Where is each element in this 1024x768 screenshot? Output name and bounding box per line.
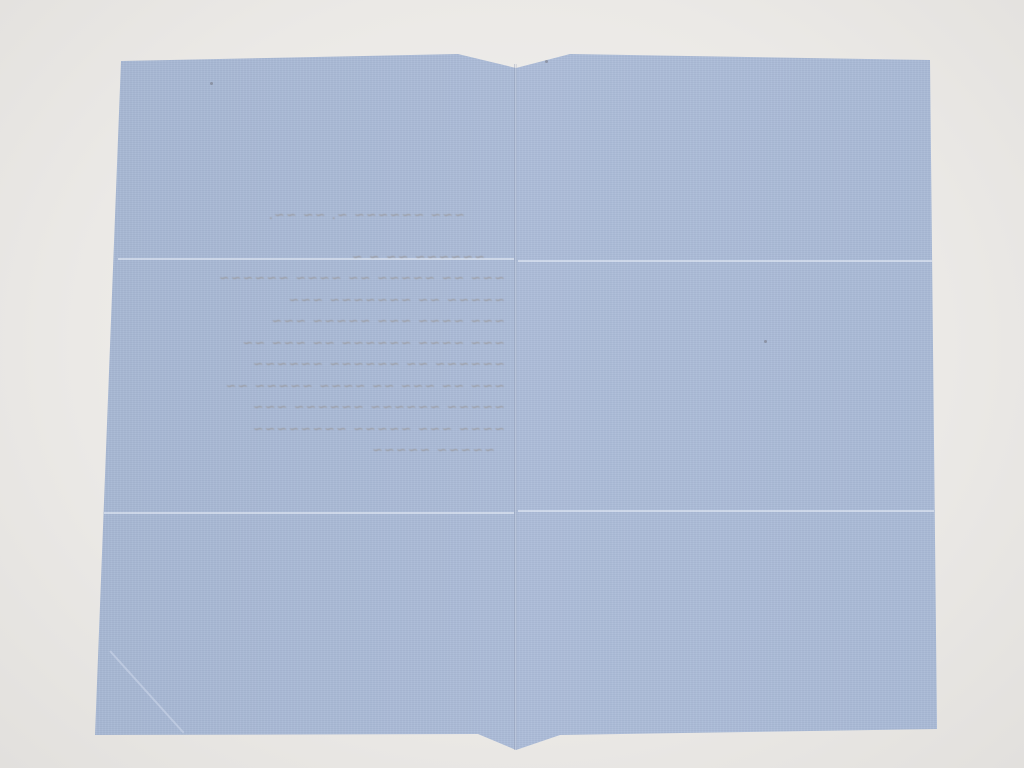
handwriting-signature: ~~~~~ ~~~~~ <box>125 440 505 462</box>
handwriting-line: ~~~~~ ~~ ~~~~~~~ ~~~ <box>125 290 505 312</box>
handwriting-line: ~~~ ~~ ~~~~~ ~~ ~~~~ ~~~~~~ <box>125 268 505 290</box>
handwriting-line: ~~~~~ ~~~~~~ ~~~~~~ ~~~ <box>125 397 505 419</box>
handwriting-line: ~~~~ ~~~ ~~~~~ ~~~~~~~~ <box>125 419 505 441</box>
handwriting-line: ~~~~~~ ~~ ~~~~~~ ~~~~~~ <box>125 354 505 376</box>
book-spine-fold <box>514 64 517 750</box>
handwriting-line: ~~~ ~~ ~~~ ~~ ~~~~ ~~~~~ ~~ <box>125 376 505 398</box>
paper-mark <box>764 340 767 343</box>
right-page-lower-fold <box>518 510 934 512</box>
handwriting-line: ~~~ ~~~~~~ ~. ~~ ~~. <box>125 205 505 227</box>
handwriting-line: ~~~ ~~~~ ~~~~~~ ~~ ~~~ ~~ <box>125 333 505 355</box>
paper-mark <box>545 60 548 63</box>
left-page-lower-fold <box>104 512 514 514</box>
right-page-upper-fold <box>518 260 932 262</box>
handwriting-line: ~~~~~~ ~~ ~ ~ <box>125 247 505 269</box>
bleed-through-handwriting: ~~~ ~~~~~~ ~. ~~ ~~. ~~~~~~ ~~ ~ ~ ~~~ ~… <box>125 205 505 462</box>
paper-mark <box>210 82 213 85</box>
handwriting-line: ~~~ ~~~~ ~~~ ~~~~~ ~~~ <box>125 311 505 333</box>
